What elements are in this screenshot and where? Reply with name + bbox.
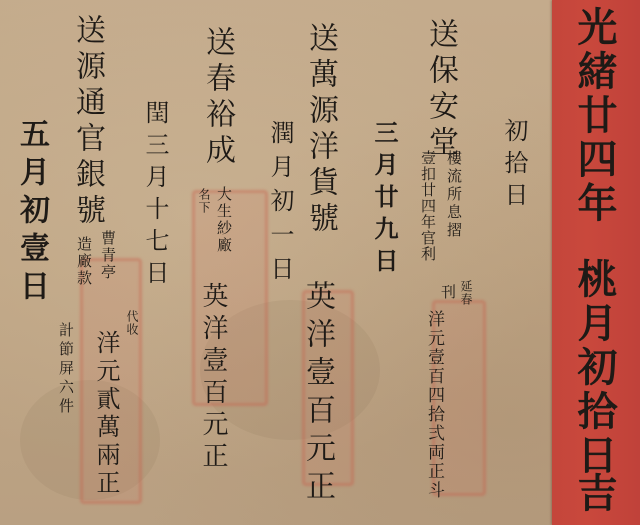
entry-1-note-small: 延春 — [460, 280, 472, 306]
header-date: 初拾日 — [502, 118, 526, 214]
entry-4-note-right: 曹青亭 — [100, 230, 115, 281]
entry-1-note-left: 壹扣廿四年官利 — [420, 150, 435, 262]
entry-3-note-right: 大生紗廠 — [216, 186, 231, 254]
entry-1-date: 三月廿九日 — [372, 120, 396, 280]
entry-1-note-right: 樓流所息摺 — [446, 150, 461, 240]
receipt-document: 光緒廿四年 桃月初拾日 吉 初拾日 送保安堂 樓流所息摺 壹扣廿四年官利 三月廿… — [0, 0, 640, 525]
closing-date: 五月初壹日 — [16, 118, 46, 308]
strip-year: 光緒廿四年 — [574, 6, 614, 226]
strip-month-day: 桃月初拾日 — [574, 258, 614, 478]
entry-4-note-left: 造廠款 — [76, 236, 91, 287]
strip-auspicious: 吉 — [574, 472, 614, 518]
entry-4-note-left2: 計節屏六件 — [58, 322, 73, 417]
entry-2-date: 潤月初一日 — [268, 120, 292, 290]
entry-4-note-agent: 代收 — [126, 310, 138, 336]
entry-4-amount: 洋元貳萬兩正 — [94, 330, 118, 498]
date-strip: 光緒廿四年 桃月初拾日 吉 — [552, 0, 640, 525]
entry-1-recipient: 送保安堂 — [425, 18, 455, 162]
entry-3-date: 閏三月十七日 — [143, 100, 167, 292]
entry-3-note-left: 名下 — [198, 188, 210, 214]
entry-2-recipient: 送萬源洋貨號 — [305, 22, 335, 238]
entry-1-amount: 洋元壹百四拾弍両正斗 — [425, 310, 442, 500]
entry-3-recipient: 送春裕成 — [202, 26, 232, 170]
entry-4-recipient: 送源通官銀號 — [72, 14, 102, 230]
entry-2-amount: 英洋壹百元正 — [302, 280, 332, 508]
entry-1-amount-prefix: 刊 — [440, 284, 455, 301]
entry-3-amount: 英洋壹百元正 — [200, 282, 226, 474]
